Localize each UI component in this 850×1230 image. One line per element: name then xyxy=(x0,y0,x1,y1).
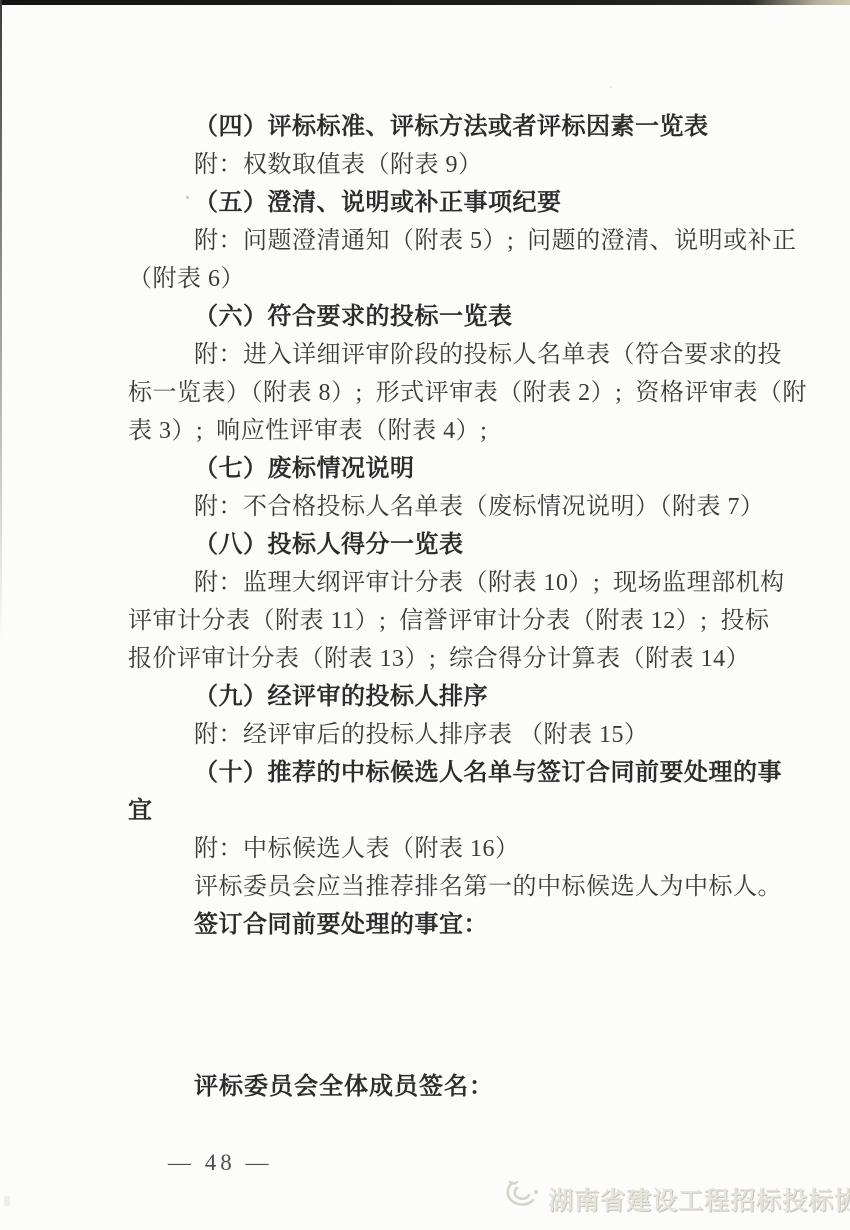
watermark-text: 湖南省建设工程招标投标协会 xyxy=(548,1181,850,1217)
document-line: 附：中标候选人表（附表 16） xyxy=(128,830,776,868)
document-line: 报价评审计分表（附表 13）; 综合得分计算表（附表 14） xyxy=(128,640,776,678)
document-line: 评标委员会应当推荐排名第一的中标候选人为中标人。 xyxy=(128,868,776,906)
document-line: （八）投标人得分一览表 xyxy=(128,526,776,564)
document-line: 宜 xyxy=(128,792,776,830)
document-lines: （四）评标标准、评标方法或者评标因素一览表附：权数取值表（附表 9）（五）澄清、… xyxy=(128,108,776,944)
watermark: 湖南省建设工程招标投标协会 xyxy=(503,1178,850,1219)
document-line: 附：进入详细评审阶段的投标人名单表（符合要求的投 xyxy=(128,336,776,374)
document-line: 评审计分表（附表 11）; 信誉评审计分表（附表 12）; 投标 xyxy=(128,602,776,640)
document-line: （七）废标情况说明 xyxy=(128,450,776,488)
document-line: （附表 6） xyxy=(128,260,776,298)
document-line: 附：经评审后的投标人排序表 （附表 15） xyxy=(128,716,776,754)
document-line: （九）经评审的投标人排序 xyxy=(128,678,776,716)
association-logo-icon xyxy=(503,1178,545,1219)
scan-speck xyxy=(186,196,189,199)
signature-heading: 评标委员会全体成员签名： xyxy=(194,1066,494,1101)
document-line: 表 3）; 响应性评审表（附表 4）; xyxy=(128,412,776,450)
document-line: 签订合同前要处理的事宜： xyxy=(128,906,776,944)
document-line: 附：监理大纲评审计分表（附表 10）; 现场监理部机构 xyxy=(128,564,776,602)
scanned-document-page: （四）评标标准、评标方法或者评标因素一览表附：权数取值表（附表 9）（五）澄清、… xyxy=(0,0,850,1230)
document-line: 标一览表）（附表 8）; 形式评审表（附表 2）; 资格评审表（附 xyxy=(128,374,776,412)
document-line: （四）评标标准、评标方法或者评标因素一览表 xyxy=(128,108,776,146)
scan-speck xyxy=(4,1196,10,1206)
document-line: 附：权数取值表（附表 9） xyxy=(128,146,776,184)
scan-left-edge xyxy=(0,0,2,640)
page-number: — 48 — xyxy=(168,1150,273,1176)
document-line: 附：问题澄清通知（附表 5）; 问题的澄清、说明或补正 xyxy=(128,222,776,260)
scan-speck xyxy=(610,86,612,88)
document-line: 附：不合格投标人名单表（废标情况说明）（附表 7） xyxy=(128,488,776,526)
document-line: （六）符合要求的投标一览表 xyxy=(128,298,776,336)
document-line: （五）澄清、说明或补正事项纪要 xyxy=(128,184,776,222)
document-line: （十）推荐的中标候选人名单与签订合同前要处理的事 xyxy=(128,754,776,792)
scan-top-edge xyxy=(0,0,850,5)
